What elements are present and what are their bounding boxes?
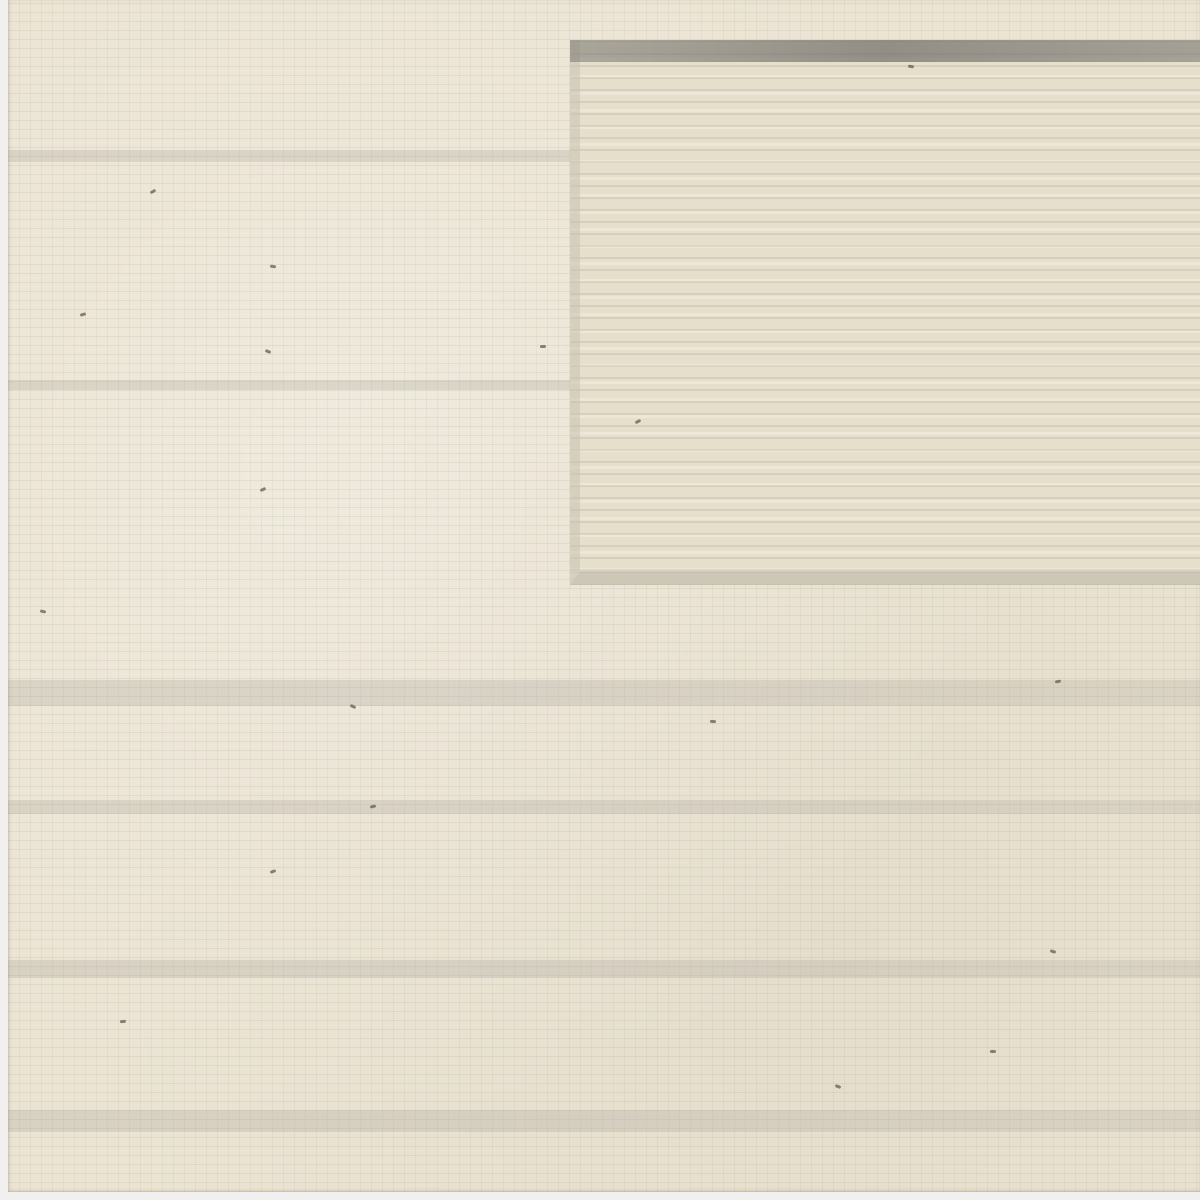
yarn-fleck	[710, 720, 716, 723]
rug-photo	[0, 0, 1200, 1200]
inset-panel	[570, 40, 1200, 585]
yarn-fleck	[908, 65, 914, 69]
rug-surface	[8, 0, 1200, 1192]
rug-stripe	[8, 1110, 1200, 1132]
yarn-fleck	[540, 345, 546, 348]
yarn-fleck	[270, 265, 276, 269]
rug-stripe	[8, 680, 1200, 706]
yarn-fleck	[990, 1050, 996, 1053]
rug-stripe	[8, 800, 1200, 814]
rug-stripe	[8, 960, 1200, 978]
inset-panel-top-band	[570, 40, 1200, 62]
